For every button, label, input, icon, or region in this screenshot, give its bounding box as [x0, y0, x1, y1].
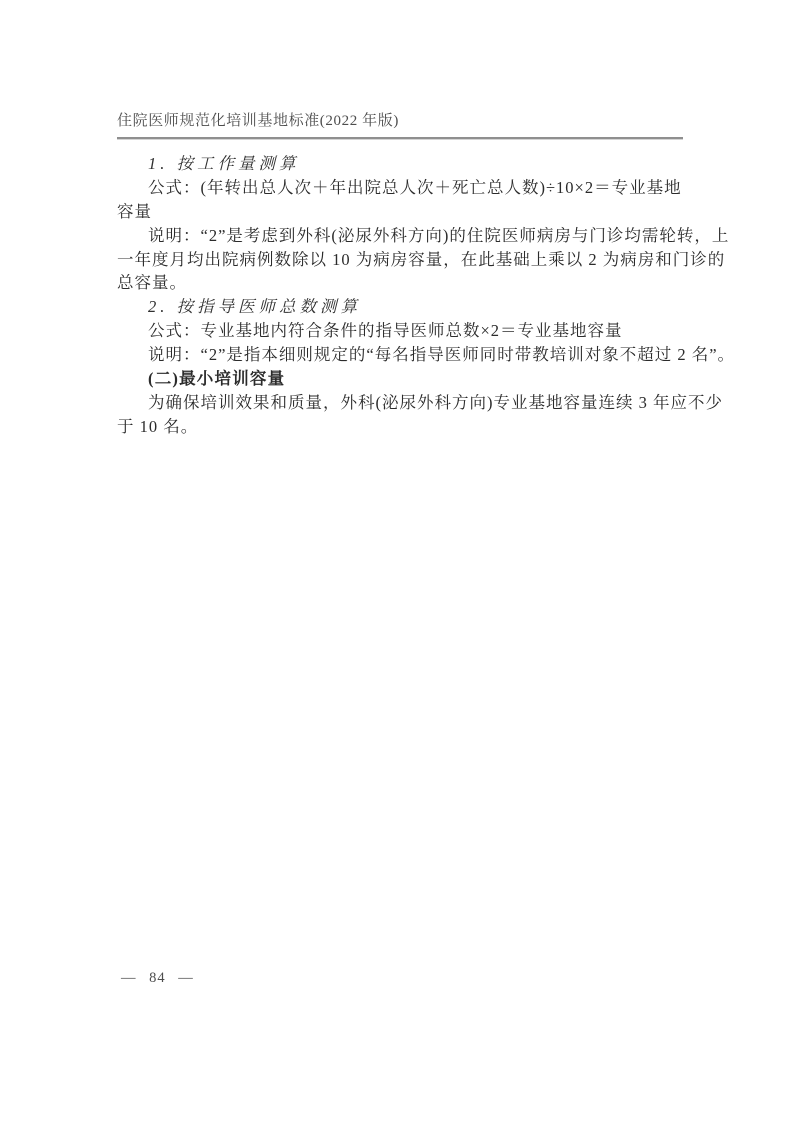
min-capacity-line-2: 于 10 名。	[117, 415, 683, 439]
document-page: 住院医师规范化培训基地标准(2022 年版) 1. 按工作量测算 公式：(年转出…	[0, 0, 800, 1131]
note-1-line-3: 总容量。	[117, 271, 683, 295]
section-2-heading: (二)最小培训容量	[117, 367, 683, 391]
subitem-2-heading: 2. 按指导医师总数测算	[117, 295, 683, 319]
header-divider	[117, 137, 683, 140]
document-title: 住院医师规范化培训基地标准(2022 年版)	[117, 112, 683, 130]
subitem-1-heading: 1. 按工作量测算	[117, 152, 683, 176]
min-capacity-line-1: 为确保培训效果和质量，外科(泌尿外科方向)专业基地容量连续 3 年应不少	[117, 391, 683, 415]
formula-2: 公式：专业基地内符合条件的指导医师总数×2＝专业基地容量	[117, 319, 683, 343]
note-1-line-2: 一年度月均出院病例数除以 10 为病房容量，在此基础上乘以 2 为病房和门诊的	[117, 248, 683, 272]
formula-1-line-2: 容量	[117, 200, 683, 224]
note-1-line-1: 说明：“2”是考虑到外科(泌尿外科方向)的住院医师病房与门诊均需轮转，上	[117, 224, 683, 248]
note-2: 说明：“2”是指本细则规定的“每名指导医师同时带教培训对象不超过 2 名”。	[117, 343, 683, 367]
formula-1-line-1: 公式：(年转出总人次＋年出院总人次＋死亡总人数)÷10×2＝专业基地	[117, 176, 683, 200]
page-number: — 84 —	[121, 970, 194, 987]
running-header: 住院医师规范化培训基地标准(2022 年版)	[117, 112, 683, 140]
page-body: 1. 按工作量测算 公式：(年转出总人次＋年出院总人次＋死亡总人数)÷10×2＝…	[117, 152, 683, 439]
